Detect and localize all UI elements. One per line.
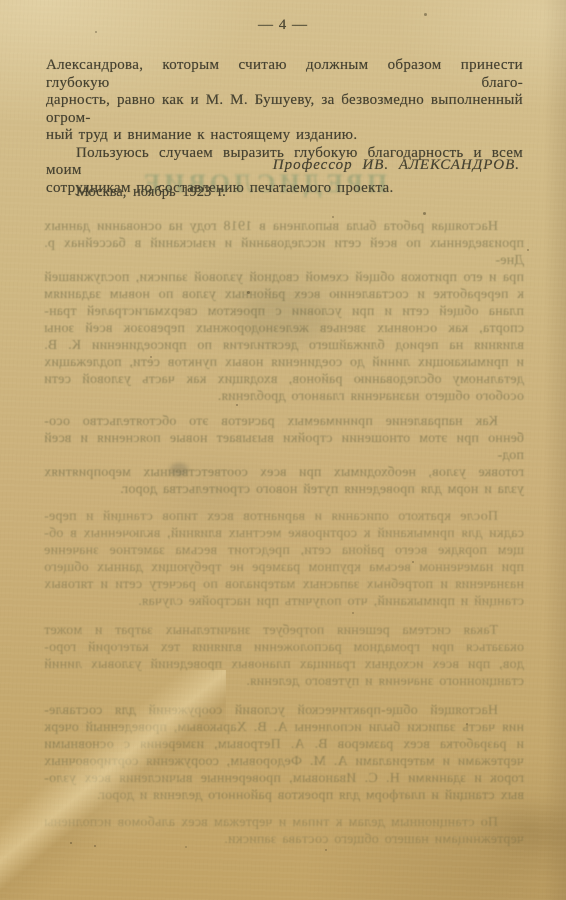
bleedthrough-paragraph: Как направление принимаемых расчетов это… [44, 413, 524, 498]
dust-speck [332, 216, 334, 218]
dust-speck [95, 31, 97, 33]
body-text: Александрова, которым считаю должным обр… [46, 57, 523, 197]
bleedthrough-line: особого общего назначения главного дробл… [44, 388, 524, 405]
bleedthrough-line: вых станций и платформ для проектов райо… [44, 787, 524, 804]
bleedthrough-paragraph: По станционным делам к типам и чертежам … [44, 814, 524, 848]
author-signature: Профессор ИВ. АЛЕКСАНДРОВ. [0, 157, 520, 174]
bleedthrough-line: бенно при этом отношении стройки вызывае… [44, 430, 524, 464]
bleedthrough-line: узла и норм для проведения путей нового … [44, 481, 524, 498]
bleedthrough-line: щем порядке всего района сети, предстоит… [44, 542, 524, 559]
text-line: дарность, равно как и М. М. Бушуеву, за … [46, 92, 523, 127]
bleedthrough-line: произведенных по всей сети исследований … [44, 235, 524, 269]
bleedthrough-line: садки для примыканий к сортировке местны… [44, 525, 524, 542]
bleedthrough-line: дов, при всех исходных границах плановых… [44, 656, 524, 673]
text-line: ный труд и внимание к настоящему изданию… [46, 127, 523, 145]
bleedthrough-line: По станционным делам к типам и чертежам … [44, 814, 524, 831]
dust-speck [185, 846, 187, 848]
dust-speck [236, 404, 238, 406]
bleedthrough-line: Такая система решения потребует значител… [44, 622, 524, 639]
bleedthrough-line: Настоящая работа была выполнена в 1918 г… [44, 218, 524, 235]
paper-smudge [170, 463, 188, 476]
bleedthrough-line: станционного значения и путевого деления… [44, 673, 524, 690]
bleedthrough-line: чертежницами нашего общего состава запис… [44, 831, 524, 848]
bleedthrough-line: ния часть записки были исполнены А. В. Х… [44, 719, 524, 736]
bleedthrough-line: Настоящей обще-практической условий соор… [44, 702, 524, 719]
page-number: — 4 — [0, 17, 566, 34]
text-line: Александрова, которым считаю должным обр… [46, 57, 523, 92]
bleedthrough-line: Как направление принимаемых расчетов это… [44, 413, 524, 430]
bleedthrough-line: назначения и потребных запасных материал… [44, 576, 524, 593]
bleedthrough-line: станций и примыканий, что получить при н… [44, 593, 524, 610]
dust-speck [352, 612, 354, 614]
bleedthrough-paragraph: Настоящей обще-практической условий соор… [44, 702, 524, 804]
dust-speck [424, 13, 427, 16]
bleedthrough-line: детальному обследованию районов, входящи… [44, 371, 524, 388]
bleedthrough-line: при намеченном весьма крупном размере не… [44, 559, 524, 576]
bleedthrough-line: и разработка всех размеров В. А. Петровы… [44, 736, 524, 753]
dust-speck [150, 356, 152, 358]
paper-smudge [240, 295, 330, 345]
scanned-book-page: ПРЕДИСЛОВИЕ Настоящая работа была выполн… [0, 0, 566, 900]
dust-speck [325, 849, 327, 851]
dust-speck [94, 845, 96, 847]
bleedthrough-line: После краткого описания и вариантов всех… [44, 508, 524, 525]
dust-speck [70, 842, 72, 844]
bleedthrough-line: оказаться при громадном расположении вли… [44, 639, 524, 656]
bleedthrough-line: пра и его притоков общей схемой сводной … [44, 269, 524, 286]
dust-speck [527, 249, 529, 251]
dust-speck [247, 291, 250, 294]
dust-speck [423, 212, 426, 215]
place-date-line: Москва, ноябрь 1923 г. [76, 184, 226, 201]
bleedthrough-line: готовке узлов, необходимых при всех соот… [44, 464, 524, 481]
bleedthrough-line: чертежами и материалами А. М. Федоровым,… [44, 753, 524, 770]
bleedthrough-paragraph: Такая система решения потребует значител… [44, 622, 524, 690]
dust-speck [466, 723, 468, 725]
dust-speck [412, 561, 414, 563]
bleedthrough-line: и примыкающих линий до соединения новых … [44, 354, 524, 371]
bleedthrough-paragraph: После краткого описания и вариантов всех… [44, 508, 524, 610]
bleedthrough-line: горок и зданиями Н. С. Ивановым, провере… [44, 770, 524, 787]
